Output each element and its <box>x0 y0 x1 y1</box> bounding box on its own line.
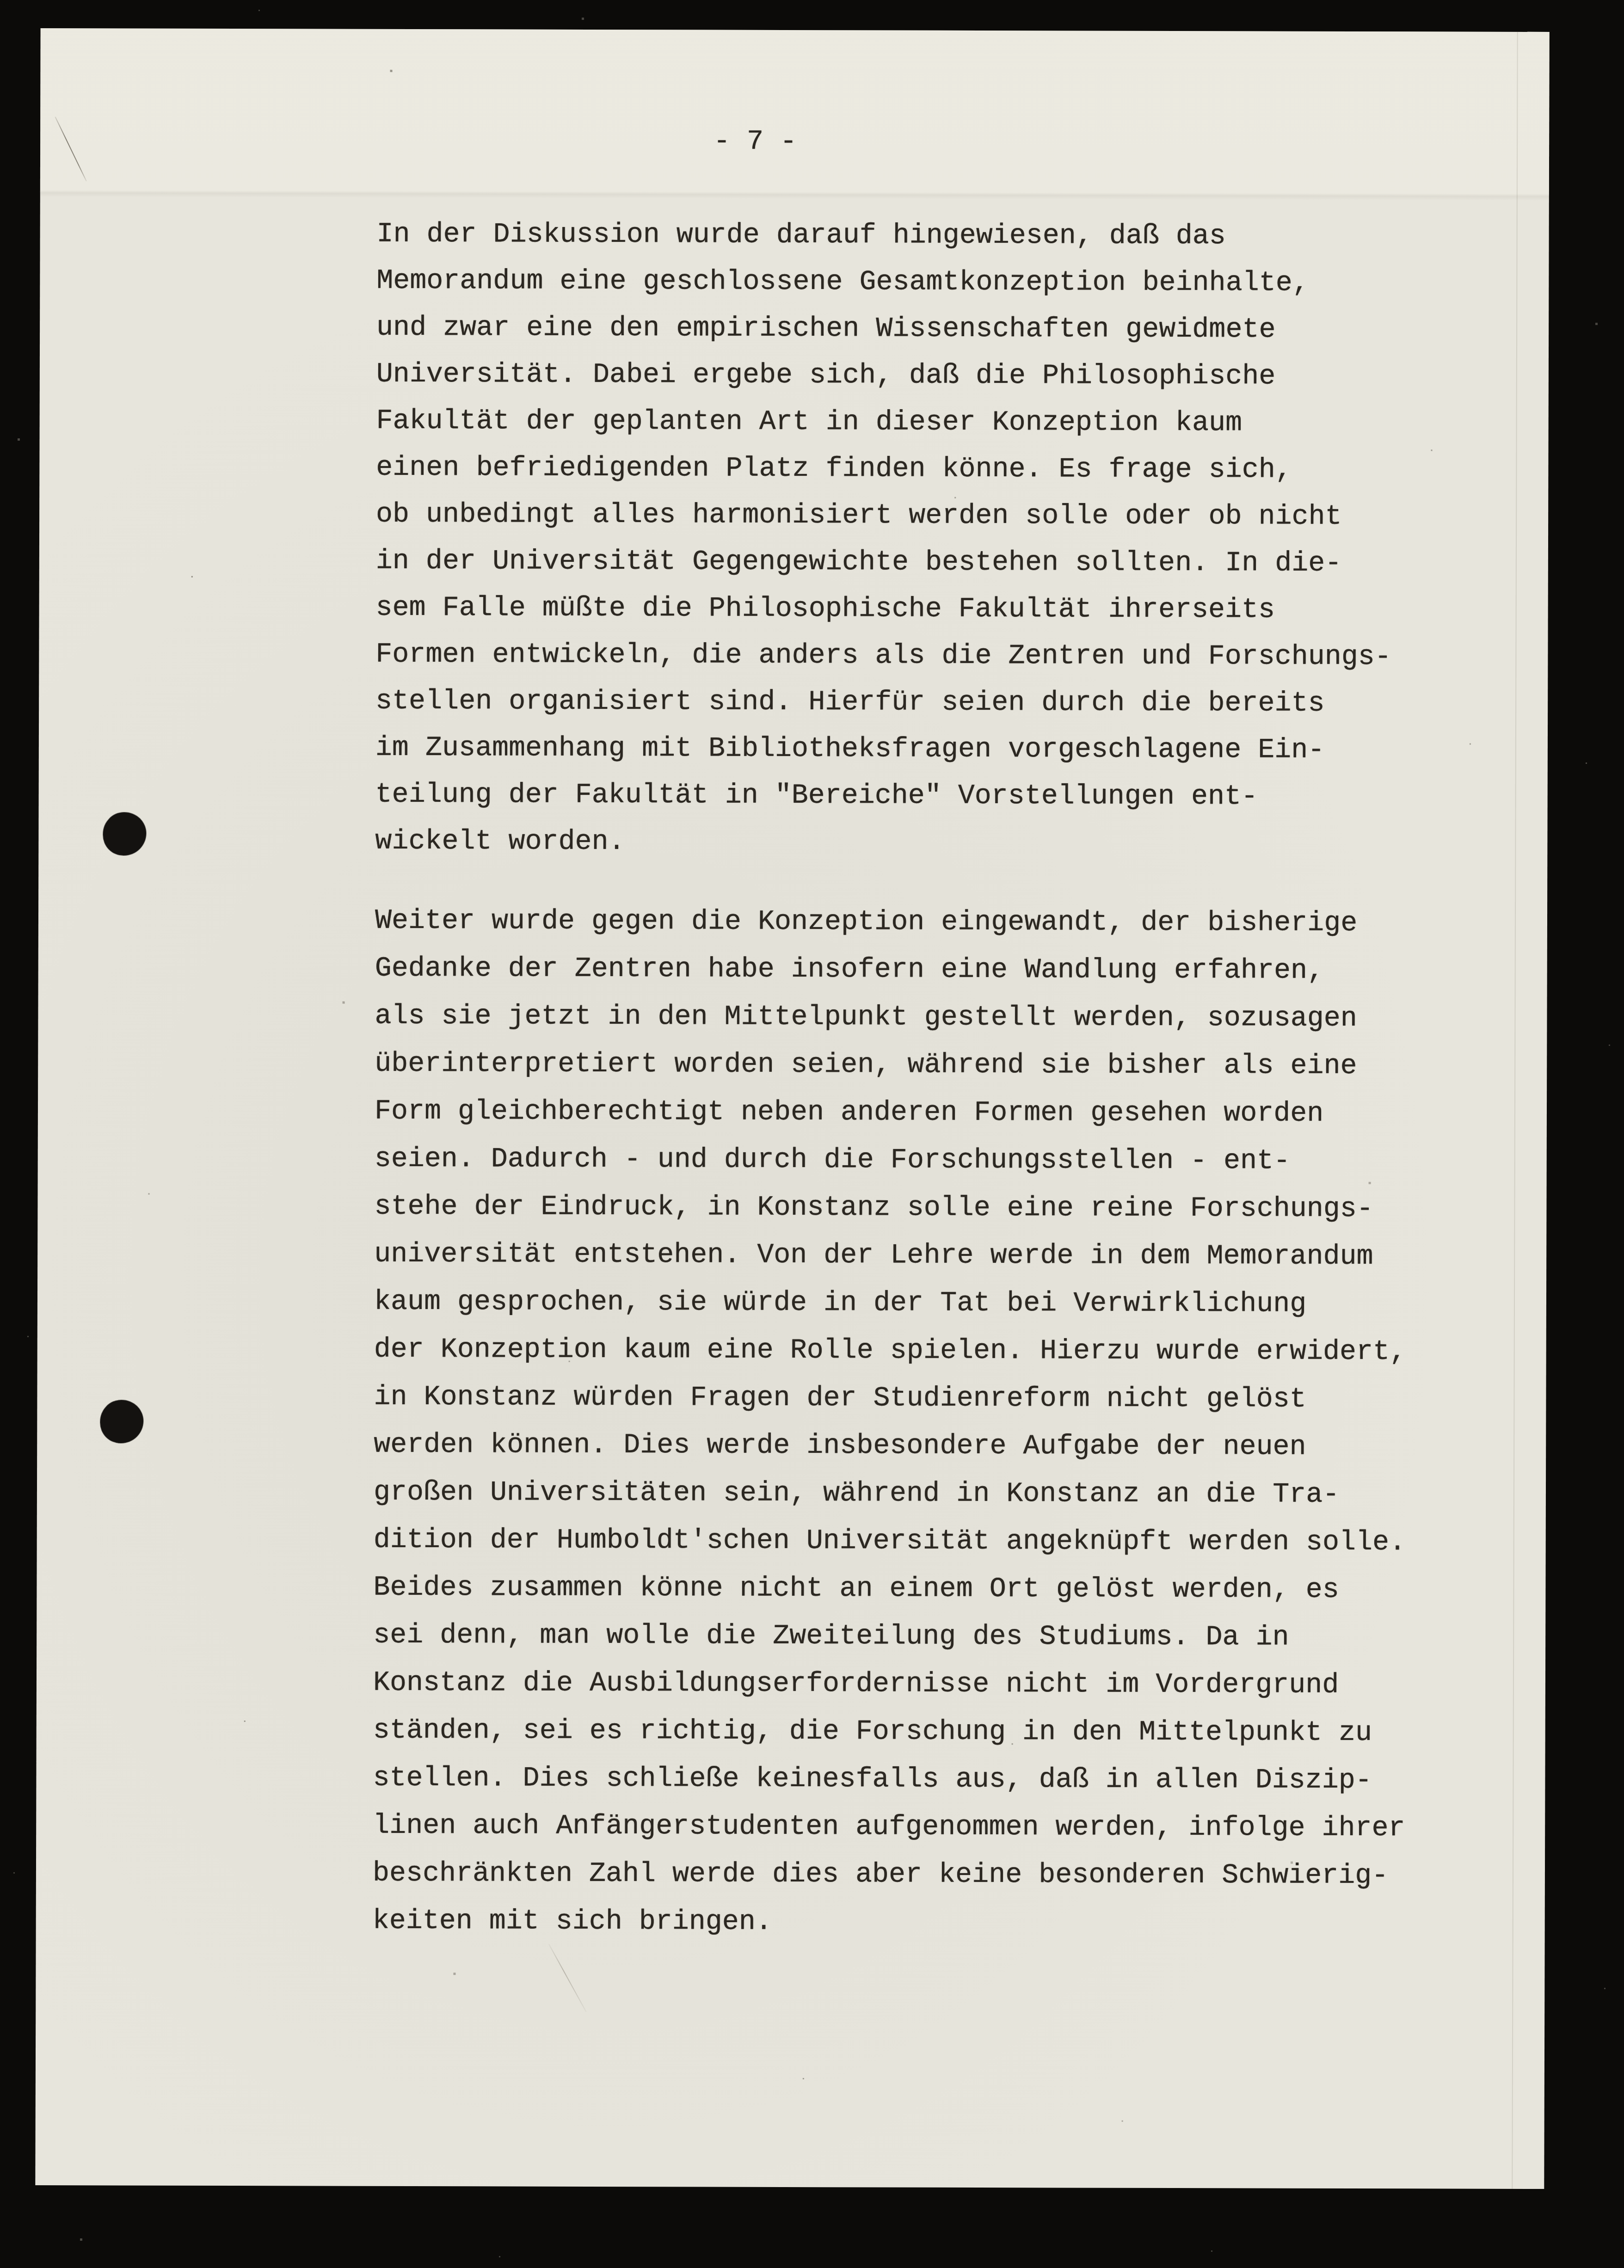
scan-background: - 7 - In der Diskussion wurde darauf hin… <box>0 0 1624 2268</box>
fold-line <box>1512 32 1518 2189</box>
scratch-mark <box>548 1944 587 2012</box>
scratch-mark <box>55 117 86 181</box>
document-page: - 7 - In der Diskussion wurde darauf hin… <box>35 28 1549 2189</box>
page-number: - 7 - <box>714 119 797 166</box>
paragraph-1: In der Diskussion wurde darauf hingewies… <box>375 211 1392 867</box>
paragraph-2: Weiter wurde gegen die Konzeption eingew… <box>373 897 1408 1948</box>
dust-specks-paper <box>41 28 41 29</box>
hole-punch-mark <box>100 1400 143 1443</box>
dust-specks-background <box>0 0 0 0</box>
hole-punch-mark <box>103 812 146 855</box>
